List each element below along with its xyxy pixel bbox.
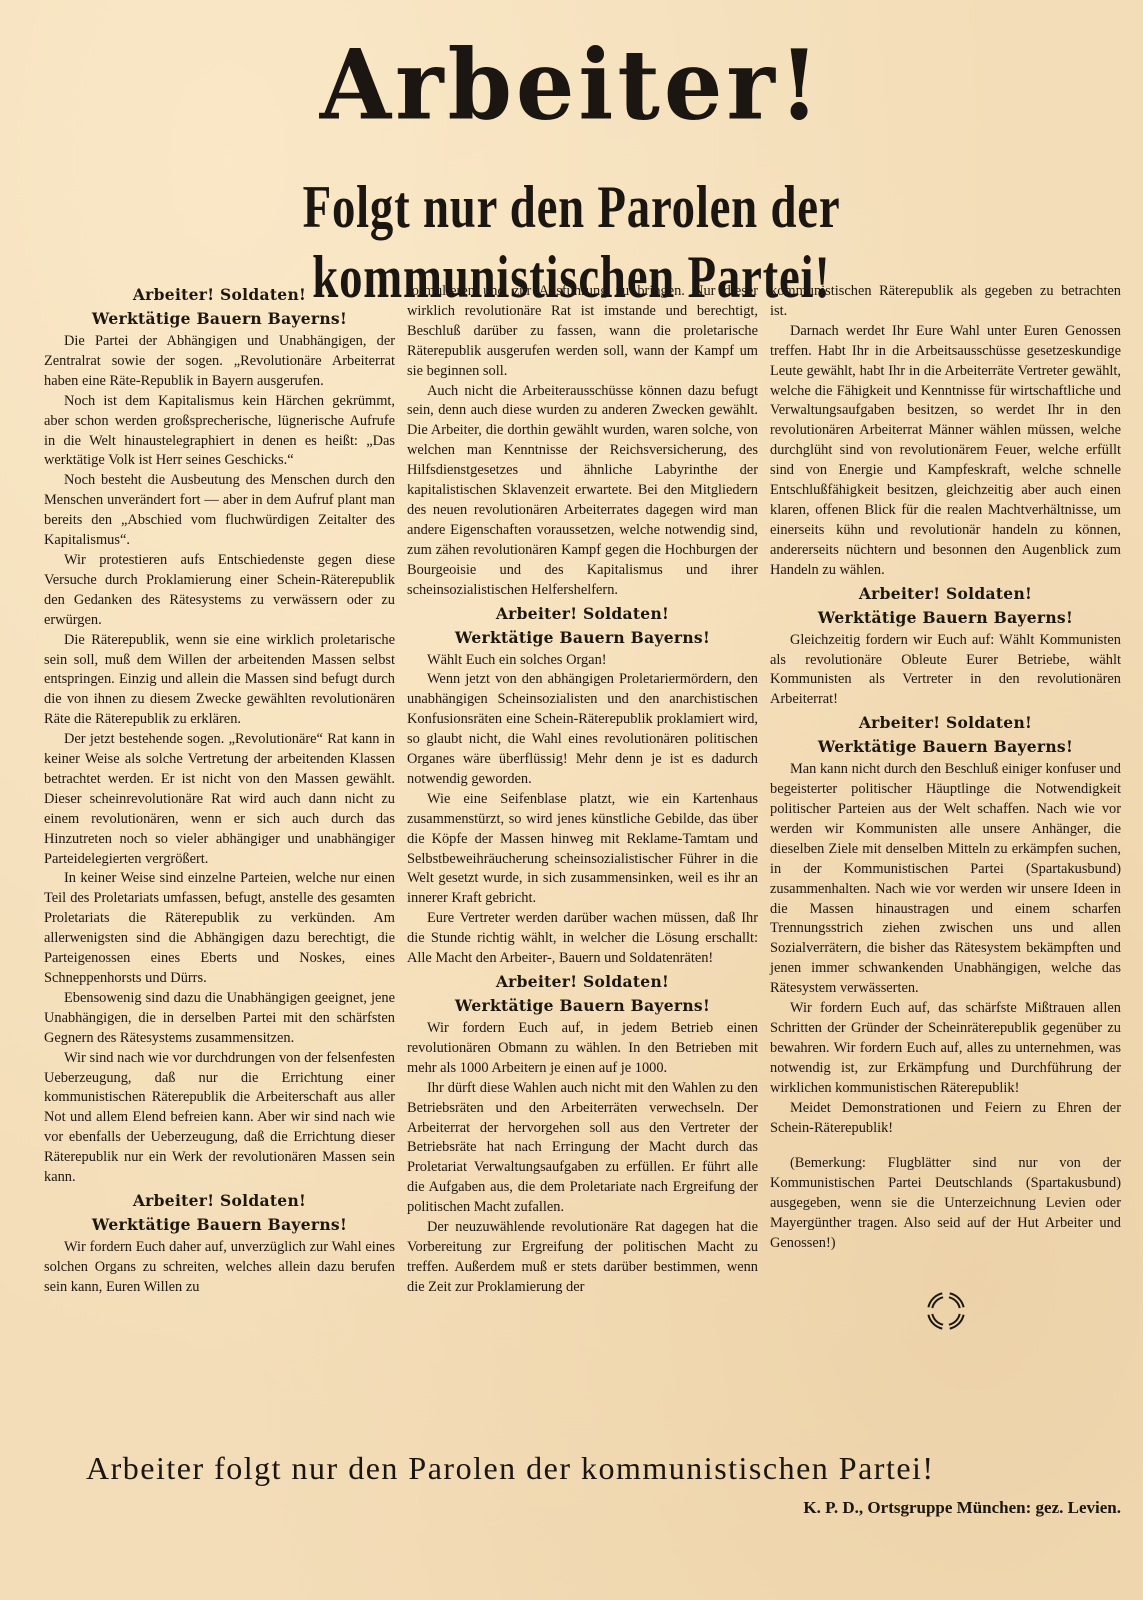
paragraph: Wir sind nach wie vor durchdrungen von d… bbox=[44, 1049, 395, 1188]
ring-ornament-icon bbox=[923, 1288, 969, 1334]
paragraph: Der neuzuwählende revolutionäre Rat dage… bbox=[407, 1218, 758, 1298]
section-heading: Arbeiter! Soldaten! bbox=[770, 712, 1121, 734]
paragraph: Ebensowenig sind dazu die Unabhängigen g… bbox=[44, 989, 395, 1049]
paragraph: Wir fordern Euch daher auf, unverzüglich… bbox=[44, 1238, 395, 1298]
text-columns: Arbeiter! Soldaten!Werktätige Bauern Bay… bbox=[44, 282, 1122, 1412]
paragraph: kommunistischen Räterepublik als gegeben… bbox=[770, 282, 1121, 322]
section-heading: Werktätige Bauern Bayerns! bbox=[770, 607, 1121, 629]
paragraph: Ihr dürft diese Wahlen auch nicht mit de… bbox=[407, 1079, 758, 1218]
section-heading: Werktätige Bauern Bayerns! bbox=[407, 995, 758, 1017]
paragraph: Noch besteht die Ausbeutung des Menschen… bbox=[44, 471, 395, 551]
section-heading: Werktätige Bauern Bayerns! bbox=[44, 308, 395, 330]
section-heading: Arbeiter! Soldaten! bbox=[407, 971, 758, 993]
paragraph: Die Räterepublik, wenn sie eine wirklich… bbox=[44, 631, 395, 731]
poster-title: Arbeiter! bbox=[0, 27, 1143, 143]
paragraph: Darnach werdet Ihr Eure Wahl unter Euren… bbox=[770, 322, 1121, 581]
paragraph: Wählt Euch ein solches Organ! bbox=[407, 651, 758, 671]
paragraph: formulieren und zur Ausführung zu bringe… bbox=[407, 282, 758, 382]
paragraph: Meidet Demonstrationen und Feiern zu Ehr… bbox=[770, 1099, 1121, 1139]
section-heading: Werktätige Bauern Bayerns! bbox=[770, 736, 1121, 758]
paragraph: Man kann nicht durch den Beschluß einige… bbox=[770, 760, 1121, 999]
remark-paragraph: (Bemerkung: Flugblätter sind nur von der… bbox=[770, 1154, 1121, 1254]
paragraph: Eure Vertreter werden darüber wachen müs… bbox=[407, 909, 758, 969]
section-heading: Arbeiter! Soldaten! bbox=[407, 603, 758, 625]
paragraph: Wir fordern Euch auf, das schärfste Mißt… bbox=[770, 999, 1121, 1099]
signature: K. P. D., Ortsgruppe München: gez. Levie… bbox=[803, 1496, 1121, 1520]
paragraph: Gleichzeitig fordern wir Euch auf: Wählt… bbox=[770, 631, 1121, 711]
paragraph: Wir protestieren aufs Entschiedenste geg… bbox=[44, 551, 395, 631]
column-middle: formulieren und zur Ausführung zu bringe… bbox=[407, 282, 758, 1412]
column-right: kommunistischen Räterepublik als gegeben… bbox=[770, 282, 1121, 1412]
paragraph: Der jetzt bestehende sogen. „Revolutionä… bbox=[44, 730, 395, 869]
column-left: Arbeiter! Soldaten!Werktätige Bauern Bay… bbox=[44, 282, 395, 1412]
paragraph: Wie eine Seifenblase platzt, wie ein Kar… bbox=[407, 790, 758, 909]
paragraph: Auch nicht die Arbeiterausschüsse können… bbox=[407, 382, 758, 601]
section-heading: Arbeiter! Soldaten! bbox=[770, 583, 1121, 605]
paragraph: Die Partei der Abhängigen und Unabhängig… bbox=[44, 332, 395, 392]
section-heading: Werktätige Bauern Bayerns! bbox=[407, 627, 758, 649]
paragraph: Wir fordern Euch auf, in jedem Betrieb e… bbox=[407, 1019, 758, 1079]
section-heading: Werktätige Bauern Bayerns! bbox=[44, 1214, 395, 1236]
footer-slogan: Arbeiter folgt nur den Parolen der kommu… bbox=[86, 1448, 1076, 1488]
paragraph: In keiner Weise sind einzelne Parteien, … bbox=[44, 869, 395, 988]
paragraph: Noch ist dem Kapitalismus kein Härchen g… bbox=[44, 392, 395, 472]
paragraph: Wenn jetzt von den abhängigen Proletarie… bbox=[407, 670, 758, 789]
section-heading: Arbeiter! Soldaten! bbox=[44, 284, 395, 306]
section-heading: Arbeiter! Soldaten! bbox=[44, 1190, 395, 1212]
